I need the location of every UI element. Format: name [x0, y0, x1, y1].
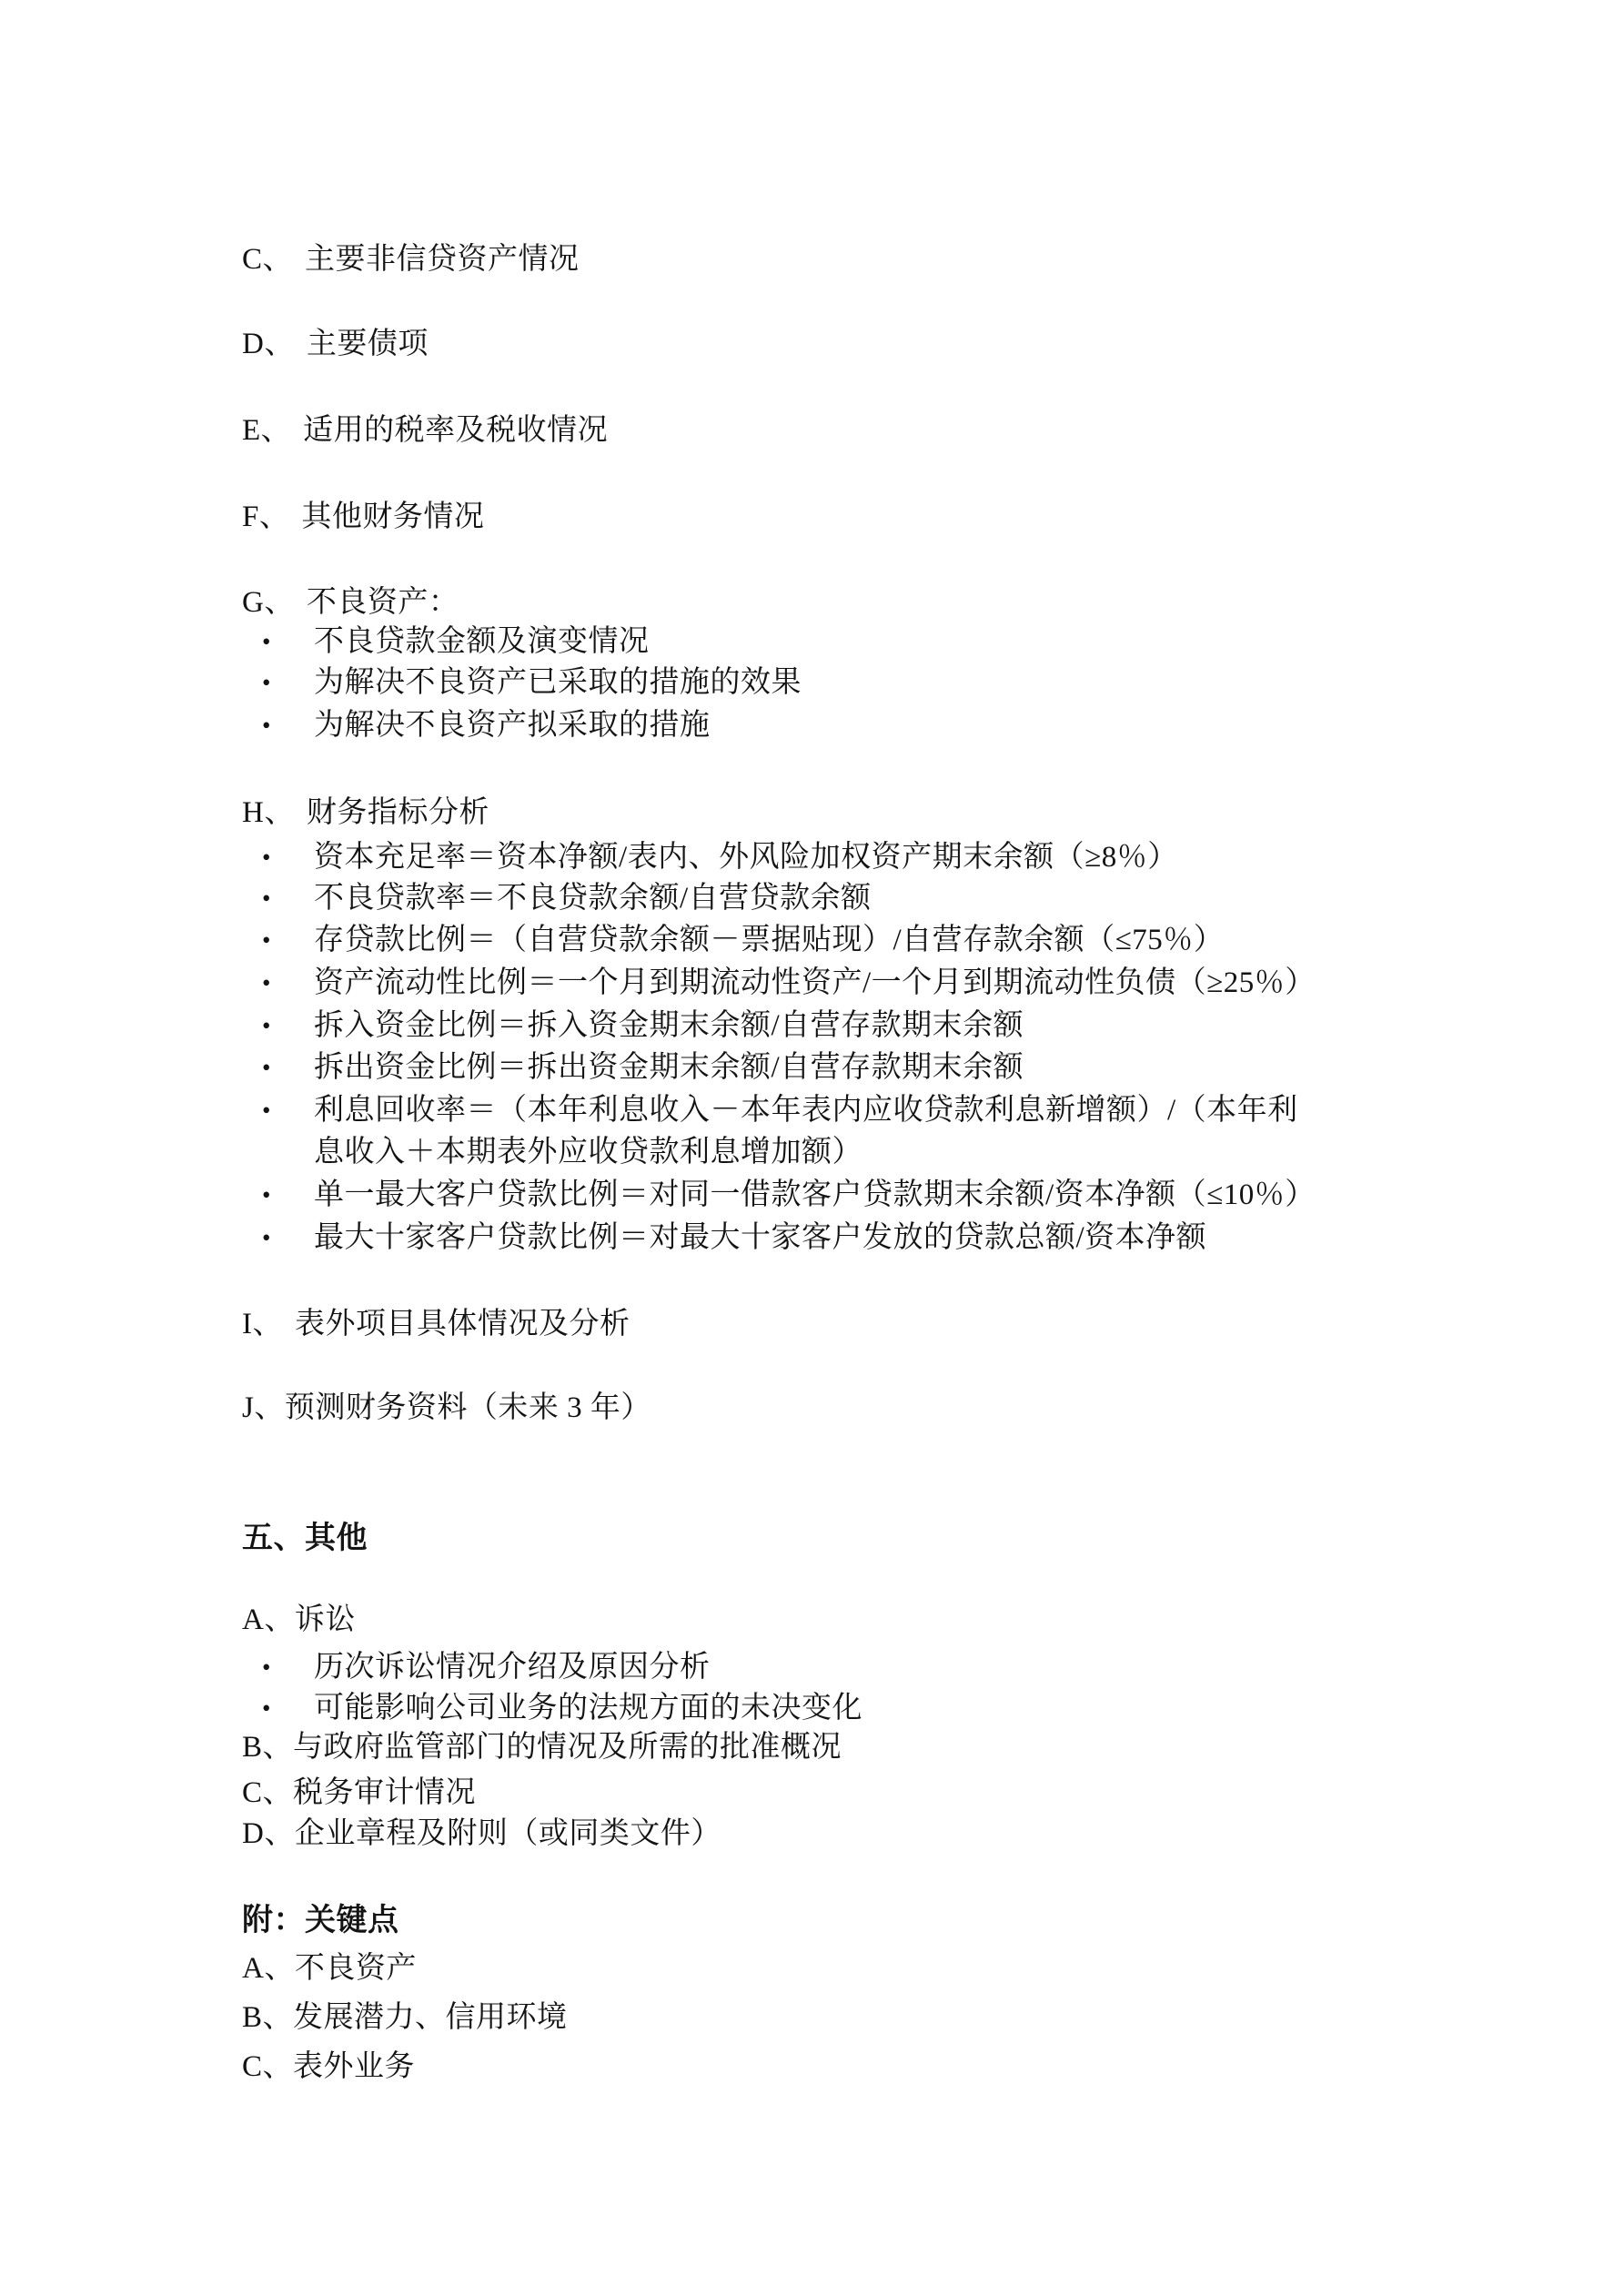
bullet-text: 最大十家客户贷款比例＝对最大十家客户发放的贷款总额/资本净额 [314, 1217, 1206, 1259]
bullet-text: 不良贷款金额及演变情况 [314, 621, 650, 663]
h-bullet-8: •单一最大客户贷款比例＝对同一借款客户贷款期末余额/资本净额（≤10％） [262, 1174, 1316, 1216]
bullet-icon: • [262, 1089, 314, 1131]
item-text: 财务指标分析 [307, 796, 489, 829]
document-page: C、主要非信贷资产情况 D、主要债项 E、适用的税率及税收情况 F、其他财务情况… [0, 0, 1624, 2296]
item-text: 企业章程及附则（或同类文件） [295, 1817, 721, 1850]
bullet-text: 拆出资金比例＝拆出资金期末余额/自营存款期末余额 [314, 1047, 1024, 1088]
h-bullet-6: •拆出资金比例＝拆出资金期末余额/自营存款期末余额 [262, 1047, 1024, 1088]
bullet-icon: • [262, 621, 314, 663]
bullet-text: 为解决不良资产拟采取的措施 [314, 704, 711, 746]
g-bullet-2: •为解决不良资产已采取的措施的效果 [262, 662, 802, 703]
section-heading-appendix: 附：关键点 [242, 1899, 399, 1943]
h-bullet-3: •存贷款比例＝（自营贷款余额－票据贴现）/自营存款余额（≤75％） [262, 919, 1224, 961]
h-bullet-2: •不良贷款率＝不良贷款余额/自营贷款余额 [262, 877, 872, 919]
item-text: 主要债项 [307, 328, 429, 360]
bullet-icon: • [262, 962, 314, 1004]
item-label: E、 [242, 410, 291, 451]
bullet-icon: • [262, 836, 314, 878]
outline-item-e: E、适用的税率及税收情况 [242, 410, 608, 451]
bullet-text: 利息回收率＝（本年利息收入－本年表内应收贷款利息新增额）/（本年利息收入＋本期表… [314, 1089, 1306, 1173]
item-label: H、 [242, 792, 295, 834]
outline-item-g: G、不良资产： [242, 582, 459, 623]
item-text: 发展潜力、信用环境 [293, 2001, 568, 2034]
outline-item-i: I、表外项目具体情况及分析 [242, 1303, 630, 1345]
g-bullet-3: •为解决不良资产拟采取的措施 [262, 704, 711, 746]
item-label: C、 [242, 1772, 293, 1814]
h-bullet-9: •最大十家客户贷款比例＝对最大十家客户发放的贷款总额/资本净额 [262, 1217, 1206, 1259]
item-label: A、 [242, 1599, 295, 1641]
item-label: D、 [242, 323, 295, 365]
item-label: B、 [242, 1997, 293, 2038]
item-label: A、 [242, 1947, 295, 1989]
other-item-c: C、税务审计情况 [242, 1772, 476, 1814]
item-label: I、 [242, 1303, 283, 1345]
outline-item-d: D、主要债项 [242, 323, 429, 365]
item-text: 诉讼 [295, 1603, 356, 1636]
item-text: 主要非信贷资产情况 [305, 243, 580, 276]
bullet-text: 可能影响公司业务的法规方面的未决变化 [314, 1687, 862, 1729]
item-text: 表外项目具体情况及分析 [295, 1308, 630, 1340]
outline-item-c: C、主要非信贷资产情况 [242, 238, 580, 280]
g-bullet-1: •不良贷款金额及演变情况 [262, 621, 650, 663]
bullet-icon: • [262, 1174, 314, 1216]
bullet-text: 不良贷款率＝不良贷款余额/自营贷款余额 [314, 877, 872, 919]
item-text: 其他财务情况 [301, 501, 484, 533]
item-text: 不良资产 [295, 1952, 417, 1985]
h-bullet-1: •资本充足率＝资本净额/表内、外风险加权资产期末余额（≥8％） [262, 836, 1178, 878]
other-a-bullet-2: •可能影响公司业务的法规方面的未决变化 [262, 1687, 862, 1729]
bullet-text: 拆入资金比例＝拆入资金期末余额/自营存款期末余额 [314, 1005, 1024, 1047]
outline-item-h: H、财务指标分析 [242, 792, 489, 834]
item-text: 表外业务 [293, 2050, 415, 2083]
other-item-a: A、诉讼 [242, 1599, 356, 1641]
outline-item-f: F、其他财务情况 [242, 496, 484, 538]
bullet-icon: • [262, 1047, 314, 1088]
h-bullet-7: •利息回收率＝（本年利息收入－本年表内应收贷款利息新增额）/（本年利息收入＋本期… [262, 1089, 1306, 1173]
bullet-text: 为解决不良资产已采取的措施的效果 [314, 662, 802, 703]
other-item-d: D、企业章程及附则（或同类文件） [242, 1813, 721, 1855]
bullet-text: 资产流动性比例＝一个月到期流动性资产/一个月到期流动性负债（≥25％） [314, 962, 1316, 1004]
bullet-icon: • [262, 877, 314, 919]
item-label: D、 [242, 1813, 295, 1855]
item-label: J、 [242, 1387, 285, 1429]
item-text: 税务审计情况 [293, 1776, 476, 1809]
item-label: C、 [242, 238, 293, 280]
appendix-item-a: A、不良资产 [242, 1947, 417, 1989]
bullet-icon: • [262, 662, 314, 703]
appendix-item-b: B、发展潜力、信用环境 [242, 1997, 568, 2038]
appendix-item-c: C、表外业务 [242, 2046, 415, 2088]
bullet-icon: • [262, 1005, 314, 1047]
bullet-icon: • [262, 919, 314, 961]
section-heading-other: 五、其他 [242, 1517, 368, 1561]
h-bullet-4: •资产流动性比例＝一个月到期流动性资产/一个月到期流动性负债（≥25％） [262, 962, 1316, 1004]
item-label: C、 [242, 2046, 293, 2088]
bullet-text: 单一最大客户贷款比例＝对同一借款客户贷款期末余额/资本净额（≤10％） [314, 1174, 1316, 1216]
item-text: 适用的税率及税收情况 [303, 414, 608, 447]
h-bullet-5: •拆入资金比例＝拆入资金期末余额/自营存款期末余额 [262, 1005, 1024, 1047]
other-item-b: B、与政府监管部门的情况及所需的批准概况 [242, 1726, 842, 1768]
item-text: 不良资产： [307, 586, 459, 619]
bullet-icon: • [262, 1687, 314, 1729]
item-text: 预测财务资料（未来 3 年） [285, 1391, 651, 1424]
item-text: 与政府监管部门的情况及所需的批准概况 [293, 1731, 842, 1764]
item-label: B、 [242, 1726, 293, 1768]
outline-item-j: J、预测财务资料（未来 3 年） [242, 1387, 651, 1429]
other-a-bullet-1: •历次诉讼情况介绍及原因分析 [262, 1646, 711, 1688]
bullet-text: 资本充足率＝资本净额/表内、外风险加权资产期末余额（≥8％） [314, 836, 1178, 878]
item-label: F、 [242, 496, 289, 538]
bullet-icon: • [262, 1646, 314, 1688]
item-label: G、 [242, 582, 295, 623]
bullet-icon: • [262, 1217, 314, 1259]
bullet-icon: • [262, 704, 314, 746]
bullet-text: 存贷款比例＝（自营贷款余额－票据贴现）/自营存款余额（≤75％） [314, 919, 1224, 961]
bullet-text: 历次诉讼情况介绍及原因分析 [314, 1646, 711, 1688]
